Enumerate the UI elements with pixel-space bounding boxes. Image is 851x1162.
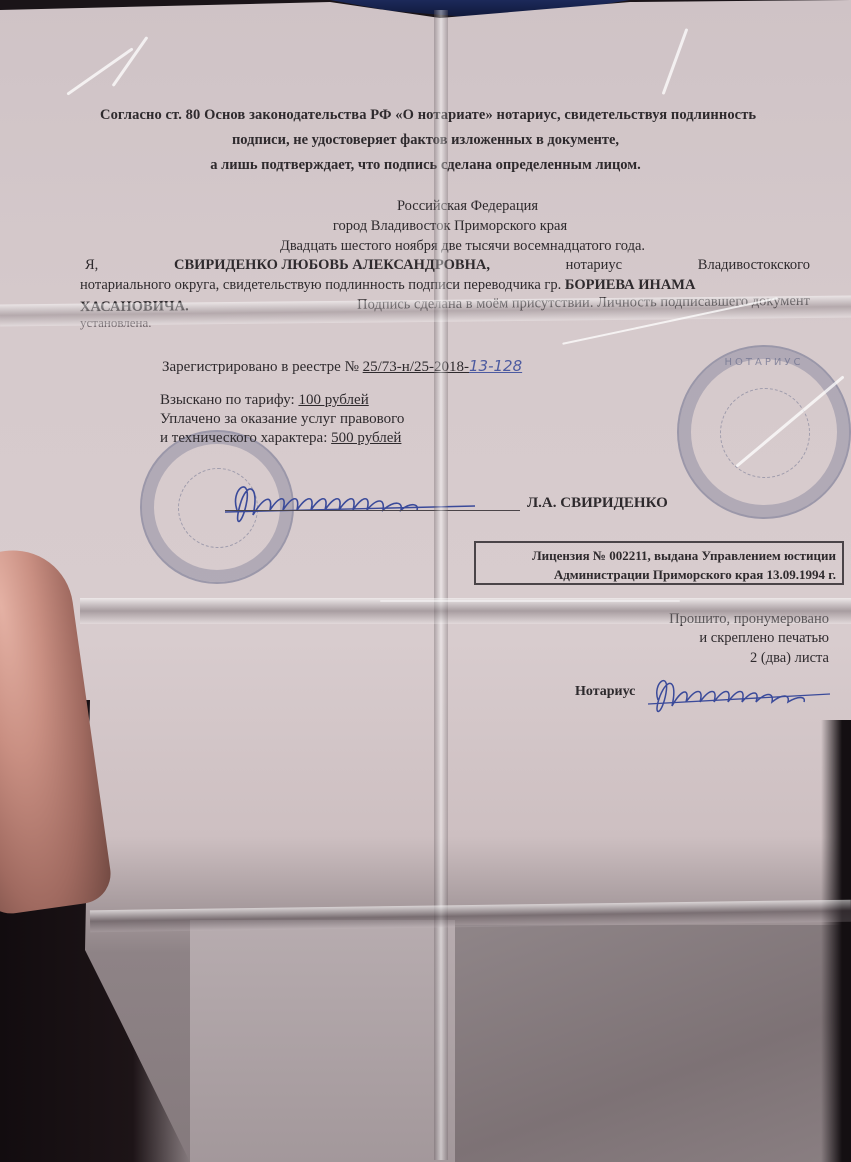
certification-line-2: нотариального округа, свидетельствую под… xyxy=(80,277,695,294)
legal-notice-line-1: Согласно ст. 80 Основ законодательства Р… xyxy=(100,107,756,124)
paper-fold-panel-shaded xyxy=(455,925,851,1162)
registry-line: Зарегистрировано в реестре № 25/73-н/25-… xyxy=(162,357,522,376)
lamination-glare xyxy=(380,600,680,602)
country: Российская Федерация xyxy=(0,198,851,215)
date-text: Двадцать шестого ноября две тысячи восем… xyxy=(0,238,851,255)
services-fee: и технического характера: 500 рублей xyxy=(160,430,401,447)
notary-seal-right: НОТАРИУС xyxy=(677,345,851,519)
signature-line xyxy=(225,510,520,511)
notary-short-name: Л.А. СВИРИДЕНКО xyxy=(527,495,668,512)
tariff-fee: Взыскано по тарифу: 100 рублей xyxy=(160,392,369,409)
registry-handwritten-number: 13-128 xyxy=(469,357,522,375)
registry-number: 25/73-н/25-2018- xyxy=(363,359,469,375)
city: город Владивосток Приморского края xyxy=(0,218,851,235)
notary-signature-binding xyxy=(648,668,838,723)
translator-name: БОРИЕВА ИНАМА xyxy=(565,277,696,293)
document-photo: НОТАРИУС Согласно ст. 80 Основ законодат… xyxy=(0,0,851,1162)
edge-shadow xyxy=(821,720,851,1162)
paper-fold-panel xyxy=(190,920,455,1162)
legal-notice-line-3: а лишь подтверждает, что подпись сделана… xyxy=(0,157,851,174)
paper-fold-vertical xyxy=(434,10,448,1160)
license-box: Лицензия № 002211, выдана Управлением юс… xyxy=(474,541,844,585)
legal-notice-line-2: подписи, не удостоверяет фактов изложенн… xyxy=(0,132,851,149)
notary-label: Нотариус xyxy=(575,684,635,700)
services-fee-label: Уплачено за оказание услуг правового xyxy=(160,411,404,428)
binding-line-3: 2 (два) листа xyxy=(750,650,829,667)
binding-line-2: и скреплено печатью xyxy=(699,630,829,647)
